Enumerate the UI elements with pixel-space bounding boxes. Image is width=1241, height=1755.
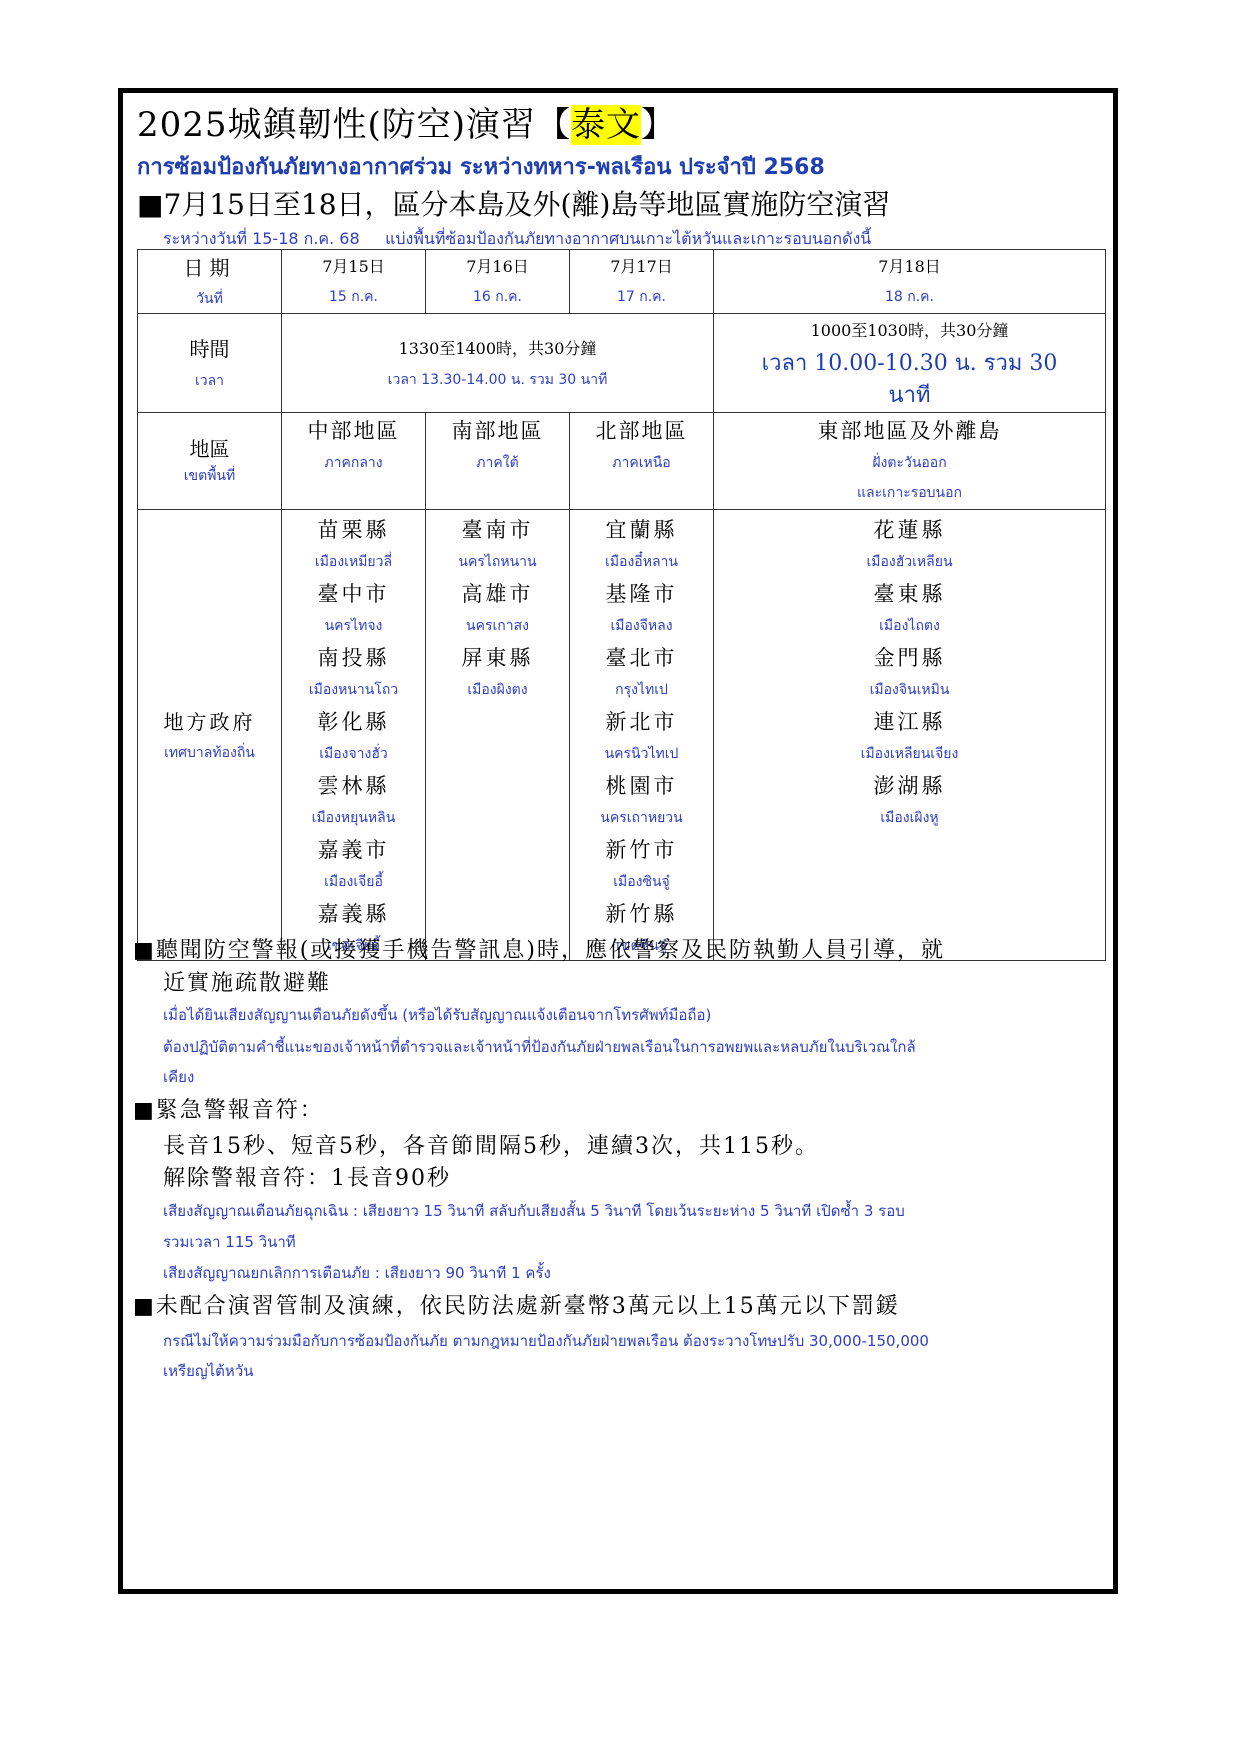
- date-th: 16 ก.ค.: [426, 284, 569, 310]
- place-zh: 新竹市: [570, 832, 713, 868]
- place-zh: 高雄市: [426, 576, 569, 612]
- place-zh: 金門縣: [714, 640, 1105, 676]
- penalty-thai-1: กรณีไม่ให้ความร่วมมือกับการซ้อมป้องกันภั…: [163, 1329, 929, 1353]
- region-cell: 北部地區 ภาคเหนือ: [570, 413, 714, 510]
- time-label-zh: 時間: [138, 331, 281, 367]
- region-th: ฝั่งตะวันออก: [714, 449, 1105, 477]
- penalty-thai-2: เหรียญไต้หวัน: [163, 1359, 254, 1383]
- place-zh: 臺南市: [426, 512, 569, 548]
- alarm-thai-2: รวมเวลา 115 วินาที: [163, 1230, 296, 1254]
- government-label-zh: 地方政府: [138, 704, 281, 740]
- government-row: 地方政府 เทศบาลท้องถิ่น 苗栗縣เมืองเหมียวลี่ 臺中…: [138, 510, 1106, 961]
- place-zh: 連江縣: [714, 704, 1105, 740]
- evacuate-thai-3: เคียง: [163, 1065, 194, 1089]
- list-item: 臺東縣เมืองไถตง: [714, 576, 1105, 640]
- place-th: นครไทจง: [282, 612, 425, 640]
- date-th: 18 ก.ค.: [714, 284, 1105, 310]
- place-th: เมืองไถตง: [714, 612, 1105, 640]
- region-row: 地區 เขตพื้นที่ 中部地區 ภาคกลาง 南部地區 ภาคใต้ 北…: [138, 413, 1106, 510]
- time-label-th: เวลา: [138, 367, 281, 395]
- place-zh: 新北市: [570, 704, 713, 740]
- date-cell: 7月17日 17 ก.ค.: [570, 250, 714, 314]
- place-th: เมืองจีหลง: [570, 612, 713, 640]
- region-th-2: และเกาะรอบนอก: [714, 477, 1105, 509]
- document-title: 2025城鎮韌性(防空)演習【泰文】: [137, 97, 676, 146]
- date-th: 17 ก.ค.: [570, 284, 713, 310]
- alarm-heading: ■緊急警報音符：: [133, 1093, 324, 1124]
- title-prefix: 2025城鎮韌性(防空)演習【: [137, 105, 571, 145]
- evacuate-instruction-line2: 近實施疏散避難: [163, 966, 331, 997]
- list-item: 連江縣เมืองเหลียนเจียง: [714, 704, 1105, 768]
- east-government-list: 花蓮縣เมืองฮัวเหลียน 臺東縣เมืองไถตง 金門縣เมืองจ…: [714, 510, 1106, 961]
- place-th: เมืองจางฮั่ว: [282, 740, 425, 768]
- list-item: 苗栗縣เมืองเหมียวลี่: [282, 512, 425, 576]
- central-government-list: 苗栗縣เมืองเหมียวลี่ 臺中市นครไทจง 南投縣เมืองหนา…: [282, 510, 426, 961]
- time-cell-18: 1000至1030時，共30分鐘 เวลา 10.00-10.30 น. รวม…: [714, 314, 1106, 413]
- south-government-list: 臺南市นครไถหนาน 高雄市นครเกาสง 屏東縣เมืองผิงตง: [426, 510, 570, 961]
- date-zh: 7月17日: [570, 250, 713, 284]
- time-row: 時間 เวลา 1330至1400時，共30分鐘 เวลา 13.30-14.0…: [138, 314, 1106, 413]
- region-cell: 中部地區 ภาคกลาง: [282, 413, 426, 510]
- place-th: เมืองเจียอี้: [282, 868, 425, 896]
- list-item: 南投縣เมืองหนานโถว: [282, 640, 425, 704]
- alarm-thai-3: เสียงสัญญาณยกเลิกการเตือนภัย : เสียงยาว …: [163, 1261, 551, 1285]
- list-item: 新竹市เมืองซินจู๋: [570, 832, 713, 896]
- schedule-table: 日期 วันที่ 7月15日 15 ก.ค. 7月16日 16 ก.ค. 7月…: [137, 249, 1106, 961]
- place-zh: 宜蘭縣: [570, 512, 713, 548]
- place-zh: 彰化縣: [282, 704, 425, 740]
- place-th: เมืองอี๋หลาน: [570, 548, 713, 576]
- date-cell: 7月15日 15 ก.ค.: [282, 250, 426, 314]
- time-zh: 1330至1400時，共30分鐘: [282, 332, 713, 366]
- alarm-all-clear-pattern: 解除警報音符：1長音90秒: [163, 1161, 451, 1192]
- time-cell-15-17: 1330至1400時，共30分鐘 เวลา 13.30-14.00 น. รวม…: [282, 314, 714, 413]
- place-zh: 基隆市: [570, 576, 713, 612]
- date-zh: 7月15日: [282, 250, 425, 284]
- place-th: เมืองเหมียวลี่: [282, 548, 425, 576]
- time-th-line2: นาที: [714, 380, 1105, 412]
- region-label-zh: 地區: [138, 434, 281, 464]
- region-cell: 東部地區及外離島 ฝั่งตะวันออก และเกาะรอบนอก: [714, 413, 1106, 510]
- list-item: 桃園市นครเถาหยวน: [570, 768, 713, 832]
- evacuate-thai-2: ต้องปฏิบัติตามคำชี้แนะของเจ้าหน้าที่ตำรว…: [163, 1035, 916, 1059]
- government-label-th: เทศบาลท้องถิ่น: [138, 740, 281, 766]
- place-th: เมืองเหลียนเจียง: [714, 740, 1105, 768]
- place-zh: 嘉義縣: [282, 896, 425, 932]
- place-zh: 苗栗縣: [282, 512, 425, 548]
- date-cell: 7月16日 16 ก.ค.: [426, 250, 570, 314]
- place-zh: 南投縣: [282, 640, 425, 676]
- headline: ■7月15日至18日，區分本島及外(離)島等地區實施防空演習: [137, 183, 890, 223]
- place-zh: 新竹縣: [570, 896, 713, 932]
- place-th: นครนิวไทเป: [570, 740, 713, 768]
- region-zh: 中部地區: [282, 413, 425, 449]
- evacuate-thai-1: เมื่อได้ยินเสียงสัญญานเตือนภัยดังขึ้น (ห…: [163, 1003, 711, 1027]
- title-suffix: 】: [641, 105, 676, 145]
- list-item: 花蓮縣เมืองฮัวเหลียน: [714, 512, 1105, 576]
- date-zh: 7月18日: [714, 250, 1105, 284]
- region-th: ภาคใต้: [426, 449, 569, 477]
- list-item: 臺中市นครไทจง: [282, 576, 425, 640]
- date-label-zh: 日期: [138, 250, 281, 286]
- place-th: นครเกาสง: [426, 612, 569, 640]
- place-zh: 屏東縣: [426, 640, 569, 676]
- alarm-emergency-pattern: 長音15秒、短音5秒，各音節間隔5秒，連續3次，共115秒。: [163, 1129, 819, 1160]
- evacuate-instruction-line1: ■聽聞防空警報(或接獲手機告警訊息)時，應依警察及民防執勤人員引導，就: [133, 933, 945, 964]
- list-item: 嘉義市เมืองเจียอี้: [282, 832, 425, 896]
- time-th-line1: เวลา 10.00-10.30 น. รวม 30: [714, 348, 1105, 380]
- place-th: นครเถาหยวน: [570, 804, 713, 832]
- document-frame: 2025城鎮韌性(防空)演習【泰文】 การซ้อมป้องกันภัยทางอ…: [118, 88, 1118, 1594]
- region-zh: 南部地區: [426, 413, 569, 449]
- region-zh: 北部地區: [570, 413, 713, 449]
- region-th: ภาคกลาง: [282, 449, 425, 477]
- title-language-highlight: 泰文: [571, 105, 641, 145]
- place-zh: 桃園市: [570, 768, 713, 804]
- place-th: เมืองจินเหมิน: [714, 676, 1105, 704]
- place-zh: 臺東縣: [714, 576, 1105, 612]
- list-item: 高雄市นครเกาสง: [426, 576, 569, 640]
- place-th: เมืองผิงตง: [426, 676, 569, 704]
- list-item: 彰化縣เมืองจางฮั่ว: [282, 704, 425, 768]
- place-th: เมืองหนานโถว: [282, 676, 425, 704]
- list-item: 雲林縣เมืองหยุนหลิน: [282, 768, 425, 832]
- place-th: เมืองฮัวเหลียน: [714, 548, 1105, 576]
- place-zh: 臺北市: [570, 640, 713, 676]
- region-th: ภาคเหนือ: [570, 449, 713, 477]
- date-label-cell: 日期 วันที่: [138, 250, 282, 314]
- place-th: เมืองเผิงหู: [714, 804, 1105, 832]
- place-th: กรุงไทเป: [570, 676, 713, 704]
- place-th: เมืองหยุนหลิน: [282, 804, 425, 832]
- date-zh: 7月16日: [426, 250, 569, 284]
- list-item: 金門縣เมืองจินเหมิน: [714, 640, 1105, 704]
- subtitle-thai: การซ้อมป้องกันภัยทางอากาศร่วม ระหว่างทหา…: [137, 149, 825, 184]
- region-zh: 東部地區及外離島: [714, 413, 1105, 449]
- north-government-list: 宜蘭縣เมืองอี๋หลาน 基隆市เมืองจีหลง 臺北市กรุงไทเ…: [570, 510, 714, 961]
- place-zh: 澎湖縣: [714, 768, 1105, 804]
- list-item: 澎湖縣เมืองเผิงหู: [714, 768, 1105, 832]
- region-label-cell: 地區 เขตพื้นที่: [138, 413, 282, 510]
- list-item: 屏東縣เมืองผิงตง: [426, 640, 569, 704]
- time-zh: 1000至1030時，共30分鐘: [714, 314, 1105, 348]
- list-item: 臺南市นครไถหนาน: [426, 512, 569, 576]
- date-cell: 7月18日 18 ก.ค.: [714, 250, 1106, 314]
- list-item: 新北市นครนิวไทเป: [570, 704, 713, 768]
- place-th: เมืองซินจู๋: [570, 868, 713, 896]
- date-row: 日期 วันที่ 7月15日 15 ก.ค. 7月16日 16 ก.ค. 7月…: [138, 250, 1106, 314]
- place-th: นครไถหนาน: [426, 548, 569, 576]
- region-cell: 南部地區 ภาคใต้: [426, 413, 570, 510]
- date-th: 15 ก.ค.: [282, 284, 425, 310]
- government-label-cell: 地方政府 เทศบาลท้องถิ่น: [138, 510, 282, 961]
- penalty-heading: ■未配合演習管制及演練，依民防法處新臺幣3萬元以上15萬元以下罰鍰: [133, 1289, 900, 1320]
- region-label-th: เขตพื้นที่: [138, 464, 281, 488]
- list-item: 宜蘭縣เมืองอี๋หลาน: [570, 512, 713, 576]
- place-zh: 臺中市: [282, 576, 425, 612]
- date-label-th: วันที่: [138, 286, 281, 312]
- place-zh: 雲林縣: [282, 768, 425, 804]
- place-zh: 嘉義市: [282, 832, 425, 868]
- place-zh: 花蓮縣: [714, 512, 1105, 548]
- alarm-thai-1: เสียงสัญญาณเตือนภัยฉุกเฉิน : เสียงยาว 15…: [163, 1199, 905, 1223]
- time-th: เวลา 13.30-14.00 น. รวม 30 นาที: [282, 366, 713, 394]
- time-label-cell: 時間 เวลา: [138, 314, 282, 413]
- list-item: 臺北市กรุงไทเป: [570, 640, 713, 704]
- list-item: 基隆市เมืองจีหลง: [570, 576, 713, 640]
